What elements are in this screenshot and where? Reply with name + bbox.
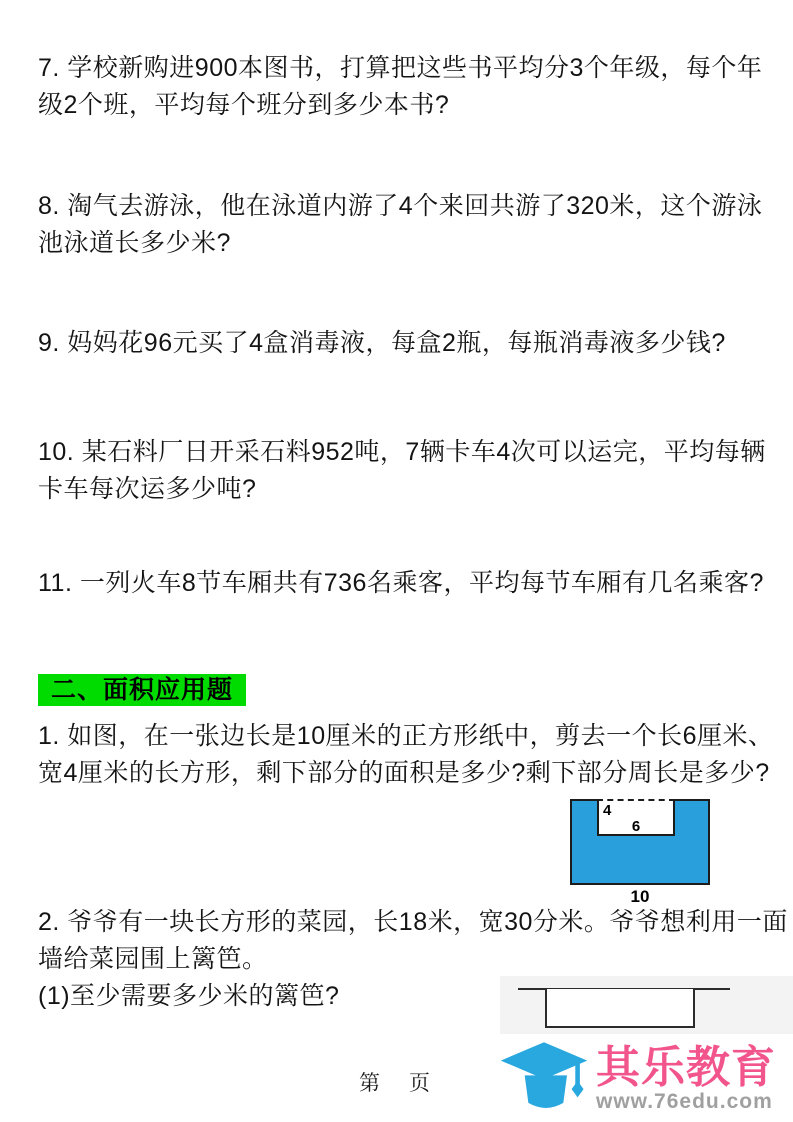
logo-url: www.76edu.com bbox=[596, 1091, 776, 1113]
garden-figure bbox=[500, 976, 793, 1034]
problem-10-line-2: 卡车每次运多少吨? bbox=[38, 471, 767, 508]
s2-problem-1-line-2: 宽4厘米的长方形，剩下部分的面积是多少?剩下部分周长是多少? bbox=[38, 755, 767, 792]
problem-7-line-2: 级2个班，平均每个班分到多少本书? bbox=[38, 87, 767, 124]
section2-problem-1: 1. 如图，在一张边长是10厘米的正方形纸中，剪去一个长6厘米、 宽4厘米的长方… bbox=[38, 718, 767, 792]
problem-11: 11. 一列火车8节车厢共有736名乘客，平均每节车厢有几名乘客? bbox=[38, 565, 767, 602]
problem-7: 7. 学校新购进900本图书，打算把这些书平均分3个年级，每个年 级2个班，平均… bbox=[38, 50, 767, 124]
problem-8-line-1: 8. 淘气去游泳，他在泳道内游了4个来回共游了320米，这个游泳 bbox=[38, 188, 767, 225]
problem-9: 9. 妈妈花96元买了4盒消毒液，每盒2瓶，每瓶消毒液多少钱? bbox=[38, 325, 767, 362]
s2-problem-1-line-1: 1. 如图，在一张边长是10厘米的正方形纸中，剪去一个长6厘米、 bbox=[38, 718, 767, 755]
cut-width-label: 6 bbox=[599, 818, 673, 835]
problem-8-line-2: 池泳道长多少米? bbox=[38, 225, 767, 262]
section2-header: 二、面积应用题 bbox=[38, 674, 246, 706]
problem-9-line-1: 9. 妈妈花96元买了4盒消毒液，每盒2瓶，每瓶消毒液多少钱? bbox=[38, 325, 767, 362]
problem-10-line-1: 10. 某石料厂日开采石料952吨，7辆卡车4次可以运完，平均每辆 bbox=[38, 434, 767, 471]
square-paper-figure: 4 6 10 bbox=[570, 799, 710, 885]
garden-rectangle bbox=[545, 989, 695, 1028]
cut-rectangle: 4 6 bbox=[597, 799, 675, 836]
logo-text: 其乐教育 www.76edu.com bbox=[596, 1045, 776, 1113]
problem-8: 8. 淘气去游泳，他在泳道内游了4个来回共游了320米，这个游泳 池泳道长多少米… bbox=[38, 188, 767, 262]
logo-name: 其乐教育 bbox=[596, 1045, 776, 1091]
cut-height-label: 4 bbox=[603, 802, 611, 819]
logo: 其乐教育 www.76edu.com bbox=[498, 1038, 790, 1120]
s2-problem-2-line-1: 2. 爷爷有一块长方形的菜园，长18米，宽30分米。爷爷想利用一面 bbox=[38, 904, 767, 941]
s2-problem-2-line-2: 墙给菜园围上篱笆。 bbox=[38, 941, 767, 978]
problem-10: 10. 某石料厂日开采石料952吨，7辆卡车4次可以运完，平均每辆 卡车每次运多… bbox=[38, 434, 767, 508]
problem-11-line-1: 11. 一列火车8节车厢共有736名乘客，平均每节车厢有几名乘客? bbox=[38, 565, 767, 602]
worksheet-page: 7. 学校新购进900本图书，打算把这些书平均分3个年级，每个年 级2个班，平均… bbox=[0, 0, 793, 1122]
problem-7-line-1: 7. 学校新购进900本图书，打算把这些书平均分3个年级，每个年 bbox=[38, 50, 767, 87]
graduation-cap-icon bbox=[498, 1040, 590, 1118]
